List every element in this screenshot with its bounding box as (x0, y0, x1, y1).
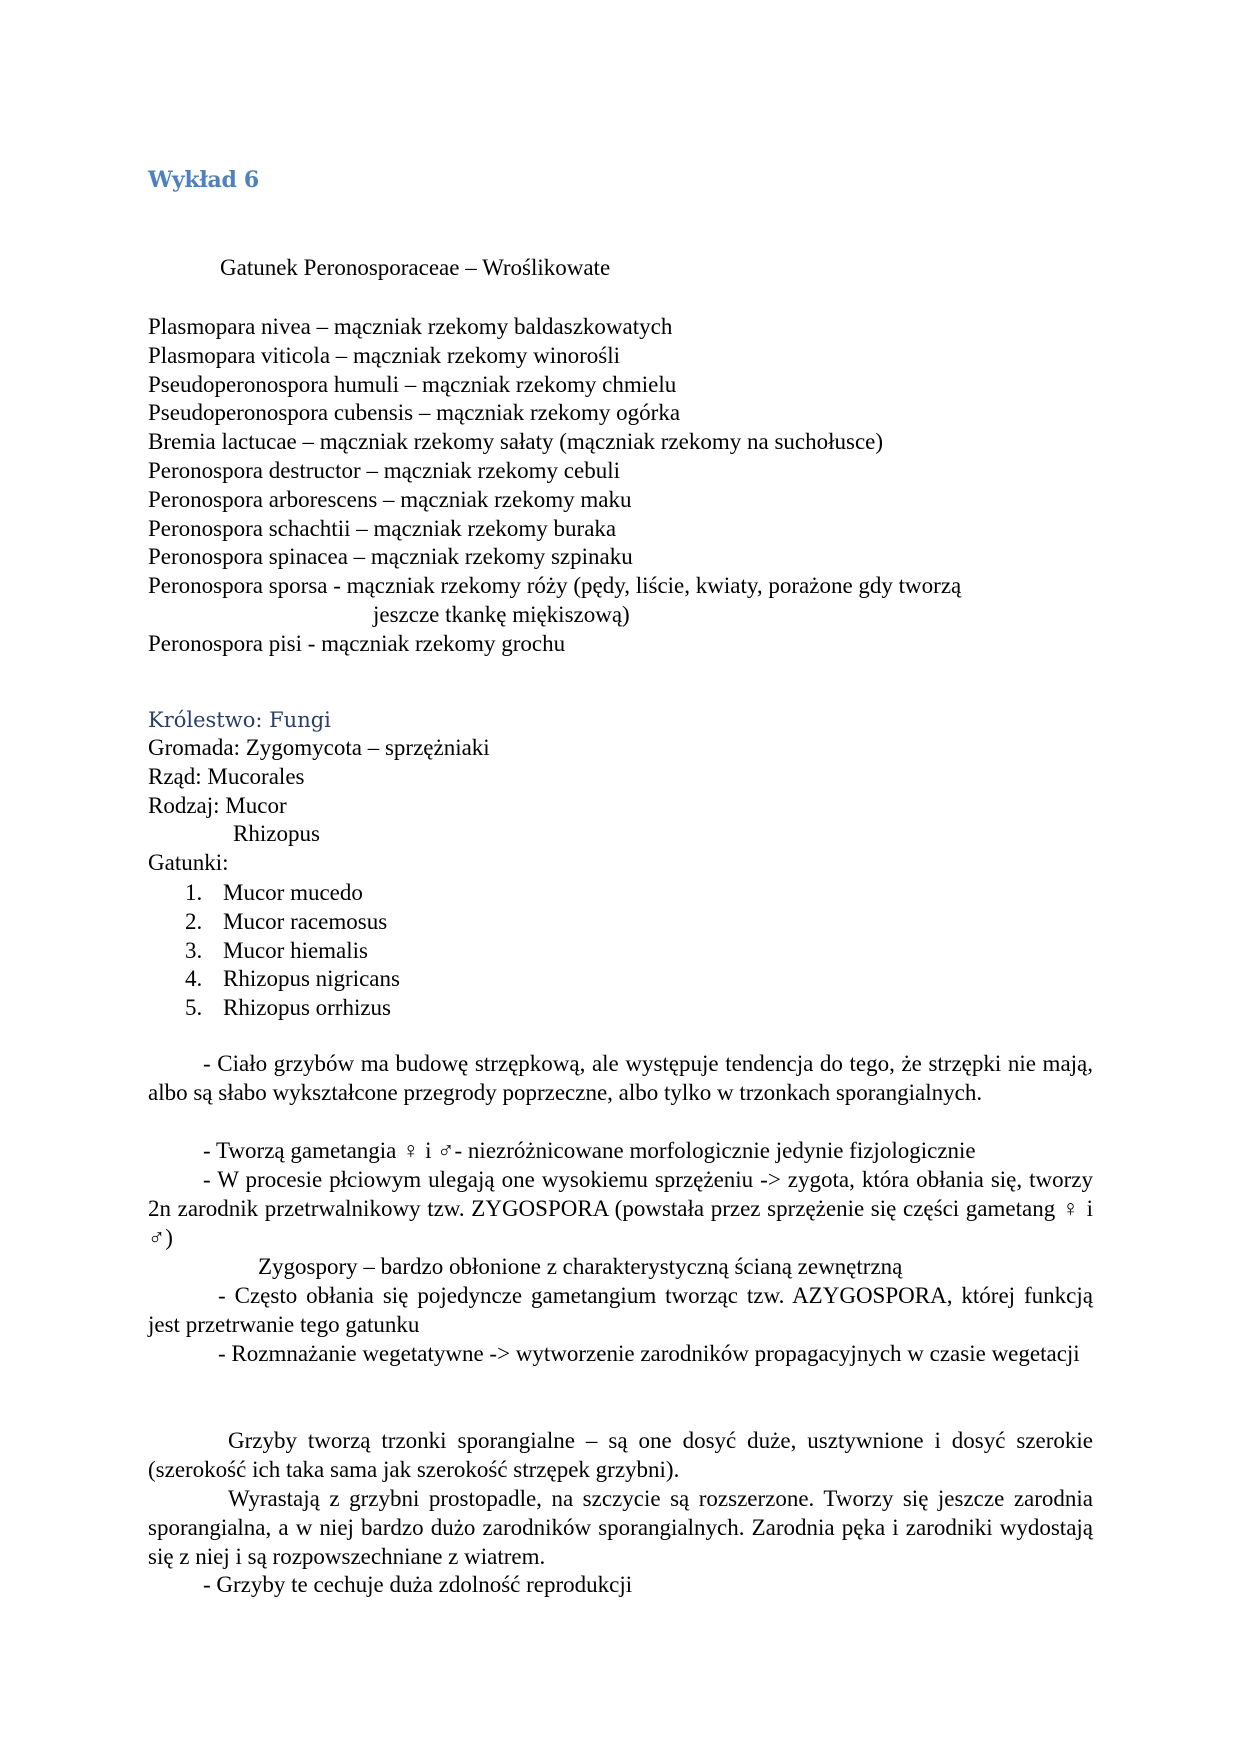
taxonomy-gatunki-label: Gatunki: (148, 850, 490, 879)
species-item: Peronospora sporsa - mączniak rzekomy ró… (148, 572, 961, 601)
paragraph-zygospory: Zygospory – bardzo obłonione z charakter… (148, 1253, 1093, 1282)
taxonomy-rzad: Rząd: Mucorales (148, 764, 490, 793)
species-item-continuation: jeszcze tkankę miękiszową) (148, 601, 961, 630)
species-item: Peronospora arborescens – mączniak rzeko… (148, 486, 961, 515)
taxonomy-rodzaj-2: Rhizopus (148, 821, 490, 850)
taxonomy-gromada: Gromada: Zygomycota – sprzężniaki (148, 735, 490, 764)
paragraph-proces: - W procesie płciowym ulegają one wysoki… (148, 1166, 1093, 1252)
kingdom-heading: Królestwo: Fungi (148, 708, 331, 732)
paragraph-gametangia: - Tworzą gametangia ♀ i ♂- niezróżnicowa… (148, 1137, 1093, 1166)
species-item: Plasmopara viticola – mączniak rzekomy w… (148, 342, 961, 371)
species-list: Plasmopara nivea – mączniak rzekomy bald… (148, 313, 961, 659)
lecture-heading: Wykład 6 (148, 167, 259, 193)
species-item: Peronospora schachtii – mączniak rzekomy… (148, 515, 961, 544)
species-item: Bremia lactucae – mączniak rzekomy sałat… (148, 428, 961, 457)
taxonomy-block: Gromada: Zygomycota – sprzężniaki Rząd: … (148, 735, 490, 879)
gatunki-list: 1.Mucor mucedo 2.Mucor racemosus 3.Mucor… (185, 880, 400, 1024)
paragraph-cialo: - Ciało grzybów ma budowę strzępkową, al… (148, 1050, 1093, 1108)
list-item: 1.Mucor mucedo (185, 880, 400, 909)
list-item: 5.Rhizopus orrhizus (185, 995, 400, 1024)
paragraph-azygospora: - Często obłania się pojedyncze gametang… (148, 1282, 1093, 1340)
species-item: Plasmopara nivea – mączniak rzekomy bald… (148, 313, 961, 342)
paragraph-rozmnazanie: - Rozmnażanie wegetatywne -> wytworzenie… (148, 1340, 1093, 1369)
list-item: 2.Mucor racemosus (185, 909, 400, 938)
species-item: Peronospora destructor – mączniak rzekom… (148, 457, 961, 486)
species-item: Peronospora pisi - mączniak rzekomy groc… (148, 630, 961, 659)
taxonomy-rodzaj: Rodzaj: Mucor (148, 793, 490, 822)
paragraph-wyrastaja: Wyrastają z grzybni prostopadle, na szcz… (148, 1485, 1093, 1571)
list-item: 4.Rhizopus nigricans (185, 966, 400, 995)
paragraph-reprodukcja: - Grzyby te cechuje duża zdolność reprod… (148, 1571, 1093, 1600)
species-item: Pseudoperonospora cubensis – mączniak rz… (148, 399, 961, 428)
list-item: 3.Mucor hiemalis (185, 938, 400, 967)
document-page: Wykład 6 Gatunek Peronosporaceae – Wrośl… (0, 0, 1240, 1754)
species-item: Pseudoperonospora humuli – mączniak rzek… (148, 371, 961, 400)
family-subtitle: Gatunek Peronosporaceae – Wroślikowate (220, 255, 610, 281)
paragraph-trzonki: Grzyby tworzą trzonki sporangialne – są … (148, 1427, 1093, 1485)
species-item: Peronospora spinacea – mączniak rzekomy … (148, 543, 961, 572)
